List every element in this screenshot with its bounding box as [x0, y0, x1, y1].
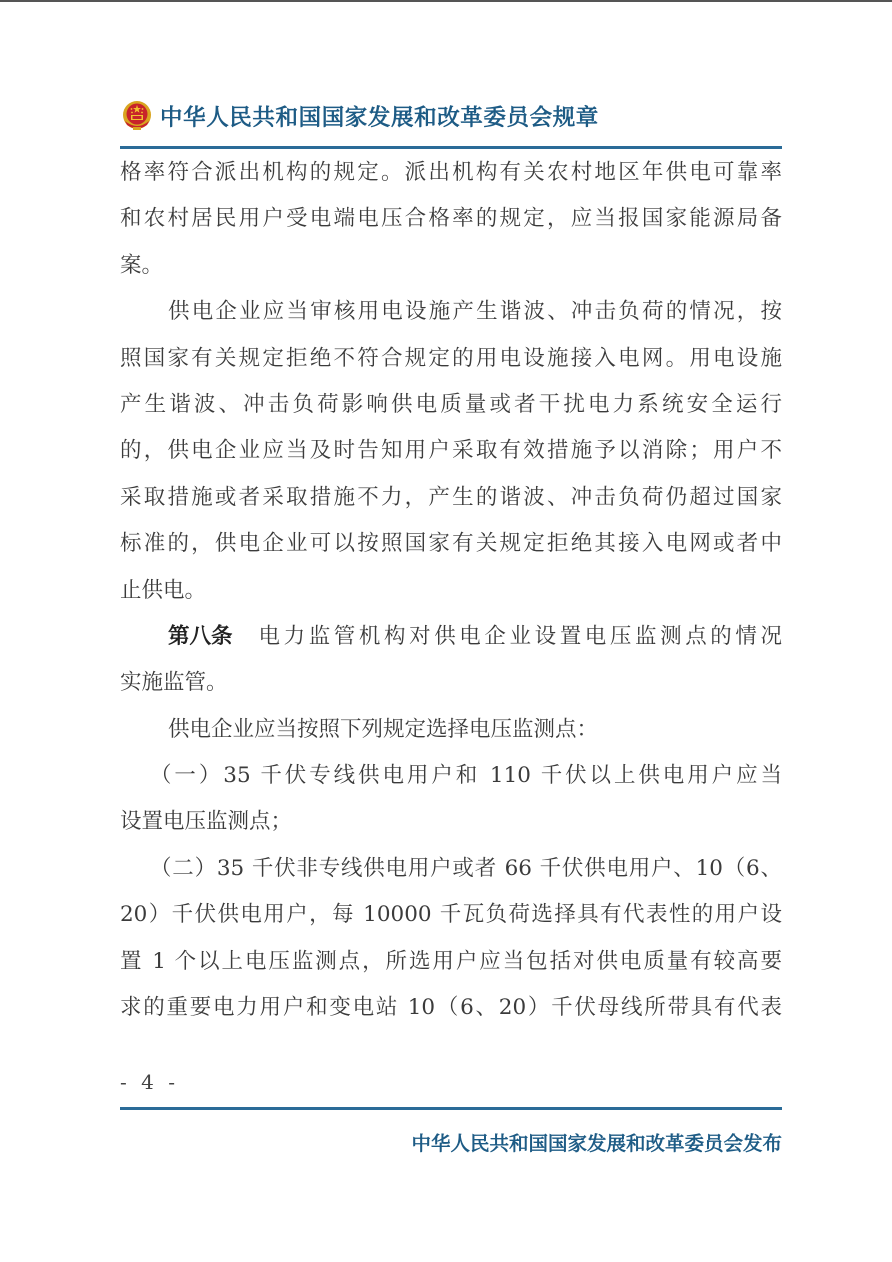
body-line: 标准的，供电企业可以按照国家有关规定拒绝其接入电网或者中 — [120, 521, 782, 567]
body-line: 止供电。 — [120, 568, 782, 614]
footer-publisher: 中华人民共和国国家发展和改革委员会发布 — [411, 1128, 782, 1156]
header-title: 中华人民共和国国家发展和改革委员会规章 — [160, 100, 599, 132]
body-line: 实施监管。 — [120, 660, 782, 706]
body-line: 案。 — [120, 243, 782, 289]
footer-divider — [120, 1107, 782, 1110]
body-line: 求的重要电力用户和变电站 10（6、20）千伏母线所带具有代表 — [120, 985, 782, 1031]
article-number: 第八条 — [168, 614, 233, 660]
body-line: 供电企业应当审核用电设施产生谐波、冲击负荷的情况，按 — [120, 289, 782, 335]
header-divider — [120, 146, 782, 149]
body-line: 和农村居民用户受电端电压合格率的规定，应当报国家能源局备 — [120, 196, 782, 242]
body-line: 的，供电企业应当及时告知用户采取有效措施予以消除；用户不 — [120, 428, 782, 474]
page-top-edge — [0, 0, 892, 2]
article-eight-text: 电力监管机构对供电企业设置电压监测点的情况 — [259, 614, 782, 660]
body-line: 采取措施或者采取措施不力，产生的谐波、冲击负荷仍超过国家 — [120, 475, 782, 521]
body-line: 格率符合派出机构的规定。派出机构有关农村地区年供电可靠率 — [120, 150, 782, 196]
body-line: 置 1 个以上电压监测点，所选用户应当包括对供电质量有较高要 — [120, 939, 782, 985]
national-emblem-icon — [120, 99, 154, 133]
list-item-two: （二）35 千伏非专线供电用户或者 66 千伏供电用户、10（6、 — [120, 846, 782, 892]
body-line: 照国家有关规定拒绝不符合规定的用电设施接入电网。用电设施 — [120, 336, 782, 382]
document-header: 中华人民共和国国家发展和改革委员会规章 — [120, 96, 782, 136]
body-line: 产生谐波、冲击负荷影响供电质量或者干扰电力系统安全运行 — [120, 382, 782, 428]
body-line: 设置电压监测点； — [120, 799, 782, 845]
body-line: 20）千伏供电用户，每 10000 千瓦负荷选择具有代表性的用户设 — [120, 892, 782, 938]
document-body: 格率符合派出机构的规定。派出机构有关农村地区年供电可靠率 和农村居民用户受电端电… — [120, 150, 782, 1031]
article-eight-line: 第八条 电力监管机构对供电企业设置电压监测点的情况 — [120, 614, 782, 660]
page-number: - 4 - — [120, 1070, 179, 1094]
body-line: 供电企业应当按照下列规定选择电压监测点： — [120, 707, 782, 753]
list-item-one: （一）35 千伏专线供电用户和 110 千伏以上供电用户应当 — [120, 753, 782, 799]
